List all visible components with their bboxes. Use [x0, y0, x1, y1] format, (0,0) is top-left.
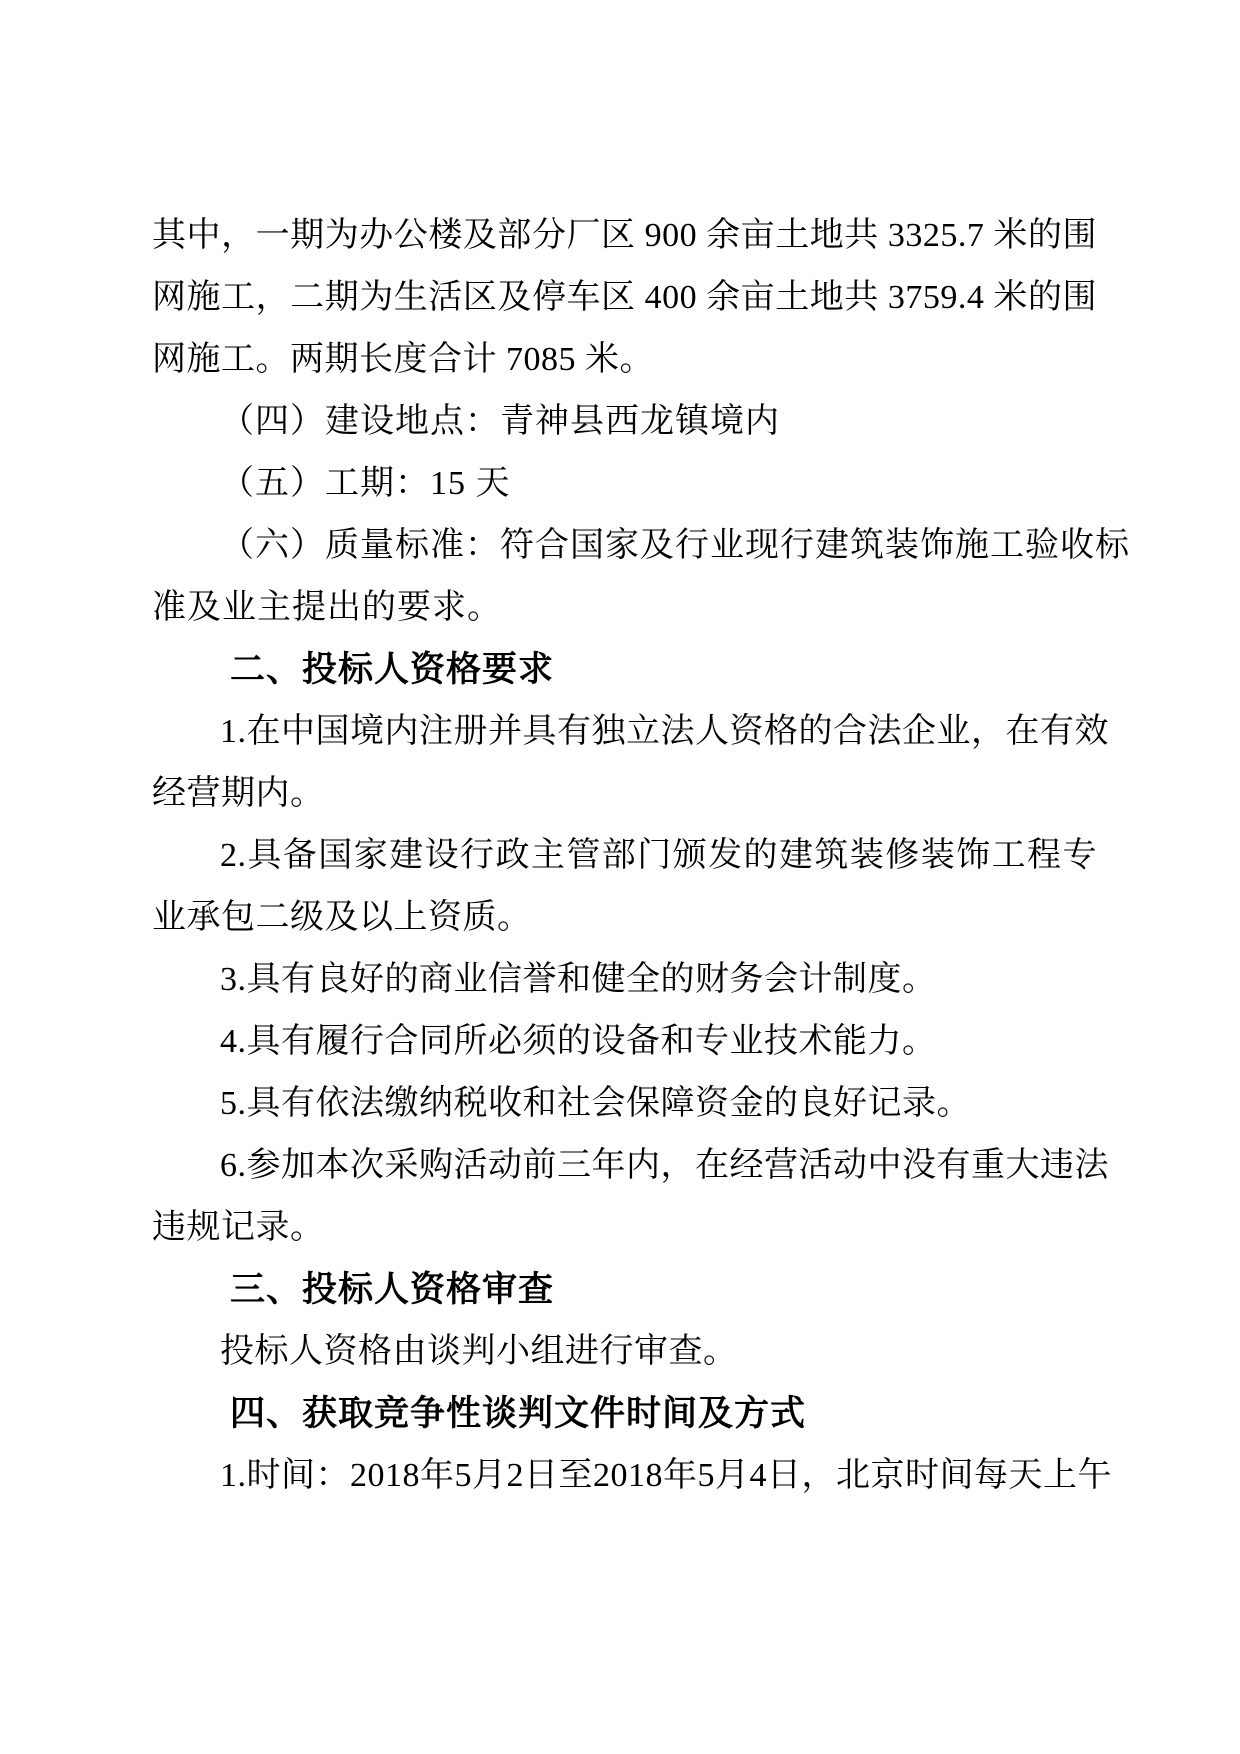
subitem-line-6-cont: 准及业主提出的要求。 [152, 577, 1097, 639]
paragraph-line: 投标人资格由谈判小组进行审查。 [152, 1321, 1097, 1383]
list-item-2-cont: 业承包二级及以上资质。 [152, 887, 1097, 949]
subitem-line-4: （四）建设地点：青神县西龙镇境内 [152, 391, 1097, 453]
paragraph-line: 其中，一期为办公楼及部分厂区 900 余亩土地共 3325.7 米的围 [152, 205, 1097, 267]
list-item-4: 4.具有履行合同所必须的设备和专业技术能力。 [152, 1011, 1097, 1073]
section-heading-4: 四、获取竞争性谈判文件时间及方式 [152, 1383, 1097, 1445]
subitem-line-6: （六）质量标准：符合国家及行业现行建筑装饰施工验收标 [152, 515, 1097, 577]
list-item-1: 1.在中国境内注册并具有独立法人资格的合法企业，在有效 [152, 701, 1097, 763]
section-heading-2: 二、投标人资格要求 [152, 639, 1097, 701]
list-item-6-cont: 违规记录。 [152, 1197, 1097, 1259]
paragraph-line: 网施工，二期为生活区及停车区 400 余亩土地共 3759.4 米的围 [152, 267, 1097, 329]
list-item-6: 6.参加本次采购活动前三年内，在经营活动中没有重大违法 [152, 1135, 1097, 1197]
list-item-3: 3.具有良好的商业信誉和健全的财务会计制度。 [152, 949, 1097, 1011]
document-text-block: 其中，一期为办公楼及部分厂区 900 余亩土地共 3325.7 米的围 网施工，… [152, 205, 1097, 1507]
list-item-time: 1.时间：2018年5月2日至2018年5月4日，北京时间每天上午 [152, 1445, 1097, 1507]
list-item-5: 5.具有依法缴纳税收和社会保障资金的良好记录。 [152, 1073, 1097, 1135]
paragraph-line: 网施工。两期长度合计 7085 米。 [152, 329, 1097, 391]
document-page: 其中，一期为办公楼及部分厂区 900 余亩土地共 3325.7 米的围 网施工，… [0, 0, 1240, 1754]
list-item-2: 2.具备国家建设行政主管部门颁发的建筑装修装饰工程专 [152, 825, 1097, 887]
subitem-line-5: （五）工期：15 天 [152, 453, 1097, 515]
list-item-1-cont: 经营期内。 [152, 763, 1097, 825]
section-heading-3: 三、投标人资格审查 [152, 1259, 1097, 1321]
